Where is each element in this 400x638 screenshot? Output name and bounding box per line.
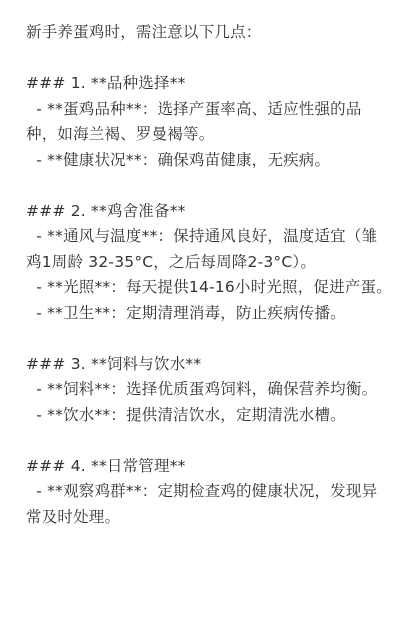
spacer: [26, 428, 392, 454]
list-item: - **饮水**：提供清洁饮水，定期清洗水槽。: [26, 403, 392, 429]
list-item: - **观察鸡群**：定期检查鸡的健康状况，发现异常及时处理。: [26, 479, 392, 530]
section-coop-preparation: ### 2. **鸡舍准备** - **通风与温度**：保持通风良好，温度适宜（…: [26, 199, 392, 327]
list-item: - **蛋鸡品种**：选择产蛋率高、适应性强的品种，如海兰褐、罗曼褐等。: [26, 97, 392, 148]
intro-text: 新手养蛋鸡时，需注意以下几点：: [26, 20, 392, 46]
list-item: - **健康状况**：确保鸡苗健康，无疾病。: [26, 148, 392, 174]
document-body: 新手养蛋鸡时，需注意以下几点： ### 1. **品种选择** - **蛋鸡品种…: [26, 20, 392, 530]
section-heading: ### 1. **品种选择**: [26, 71, 392, 97]
spacer: [26, 173, 392, 199]
list-item: - **通风与温度**：保持通风良好，温度适宜（雏鸡1周龄 32-35°C，之后…: [26, 224, 392, 275]
section-heading: ### 4. **日常管理**: [26, 454, 392, 480]
list-item: - **光照**：每天提供14-16小时光照，促进产蛋。: [26, 275, 392, 301]
section-heading: ### 2. **鸡舍准备**: [26, 199, 392, 225]
spacer: [26, 326, 392, 352]
section-feed-and-water: ### 3. **饲料与饮水** - **饲料**：选择优质蛋鸡饲料，确保营养均…: [26, 352, 392, 429]
list-item: - **饲料**：选择优质蛋鸡饲料，确保营养均衡。: [26, 377, 392, 403]
list-item: - **卫生**：定期清理消毒，防止疾病传播。: [26, 301, 392, 327]
section-daily-management: ### 4. **日常管理** - **观察鸡群**：定期检查鸡的健康状况，发现…: [26, 454, 392, 531]
spacer: [26, 46, 392, 72]
section-heading: ### 3. **饲料与饮水**: [26, 352, 392, 378]
section-breed-selection: ### 1. **品种选择** - **蛋鸡品种**：选择产蛋率高、适应性强的品…: [26, 71, 392, 173]
